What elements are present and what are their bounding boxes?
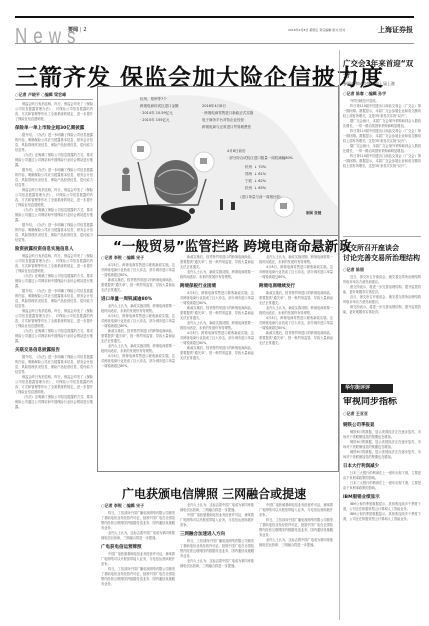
main-article-body: 保监会昨日有消息称，昨日，保监会印发了《保险公司信息披露管理办法》，对保险公司信…: [15, 102, 93, 410]
paragraph: 新政实施后，按货物贸易进口的跨境电商商品，需要提供“通关单”，按一般贸易监管，导…: [101, 278, 175, 293]
byline-rule: [15, 99, 93, 100]
dateline: 2016年4月8日 星期五 责任编辑 版式 校对: [288, 28, 345, 32]
paragraph: 昨日，工信部向中国广播电视网络有限公司颁发了基础电信业务经营许可证，批准中国广电…: [101, 511, 175, 531]
paragraph: 据介绍，《办法》进一步明确了保险公司信息披露的内容，明确保险公司应当披露基本信息…: [15, 223, 93, 243]
commentary-tag: 华尔街评评: [341, 384, 393, 393]
paragraph: 新政实施后，按货物贸易进口的跨境电商商品，需要提供“通关单”，按一般贸易监管，导…: [180, 306, 254, 321]
paragraph: 业内人士认为，新政实施初期，跨境电商需要一段时间适应，未来的发展仍有待观察。: [101, 304, 175, 314]
article-3-body-3: 中国广电获颁基础电信业务经营许可证，意味着广电网络可以开展宽带接入业务，与电信运…: [259, 503, 333, 548]
article-2-col-2: 新政实施后，按货物贸易进口的跨境电商商品，需要提供“通关单”，按一般贸易监管，导…: [180, 255, 254, 465]
commentary-byline: ○记者 王亚亚: [343, 411, 421, 417]
header-bottom-rule: [15, 43, 414, 44]
infographic: 杭州、郑州等7个 跨境电商综试区进口金额 · 2014年 10.59亿元 · 2…: [97, 86, 339, 236]
article-2-col-1: ○记者 李锐 ○编辑 宋子 4月8日，跨境电商零售进口税收新政实施。这对跨境电商…: [101, 255, 175, 465]
commentary-body: 铜铁公司季报显 铜铁6月的数据，显示美国经济正在逐步复苏，市场对于美联储加息的预…: [343, 419, 421, 522]
paragraph: 深交所表示，将进一步完善治理结构，提升监管效能，更好地服务实体经济。: [343, 305, 421, 315]
graphic-note: （进口单量与前一周相比较）: [238, 195, 284, 200]
paragraph: 据介绍，《办法》进一步明确了保险公司信息披露的内容，明确保险公司应当披露基本信息…: [15, 355, 93, 375]
article-3-headline: 广电获颁电信牌照 三网融合或提速: [122, 485, 306, 502]
paragraph: 昨日第119届中国进出口商品交易会（广交会）第一期闭幕。数据显示，本届广交会参展…: [343, 104, 421, 119]
main-article-byline: ○记者 卢晓平 ○编辑 梁宏峰: [15, 92, 93, 98]
paragraph: 《办法》还明确了保险公司信息披露的方式，要求保险公司通过公司网站和中国保险行业协…: [15, 274, 93, 289]
paragraph: 铜铁6月的数据，显示美国经济正在逐步复苏，市场对于美联储加息的预期也在增加。: [343, 450, 421, 460]
header-top-rule: [15, 16, 414, 18]
paragraph: 昨日，工信部向中国广播电视网络有限公司颁发了基础电信业务经营许可证，批准中国广电…: [259, 518, 333, 538]
paragraph: 4月8日，跨境电商零售进口税收新政实施。这对跨境电商行业造成了巨大冲击，部分城市…: [101, 263, 175, 278]
paragraph: 昨日，工信部向中国广播电视网络有限公司颁发了基础电信业务经营许可证，批准中国广电…: [180, 539, 254, 559]
paragraph: 4月8日，跨境电商零售进口税收新政实施。这对跨境电商行业造成了巨大冲击，部分城市…: [259, 265, 333, 280]
subhead: 广电获电信运营牌照: [101, 545, 175, 550]
right-article-1-body: 外贸回暖信号显现。 昨日第119届中国进出口商品交易会（广交会）第一期闭幕。数据…: [343, 99, 421, 231]
paragraph: 《办法》还明确了保险公司信息披露的方式，要求保险公司通过公司网站和中国保险行业协…: [15, 329, 93, 344]
paragraph: 日本三大银行的利润在上一财年出现下滑，主要是由于负利率政策的影响。: [343, 471, 421, 481]
subhead: 险资披露投资信息实施信息人: [15, 247, 93, 252]
paragraph: 中国广电获颁基础电信业务经营许可证，意味着广电网络可以开展宽带接入业务，与电信运…: [101, 552, 175, 567]
paragraph: 新政实施后，按货物贸易进口的跨境电商商品，需要提供“通关单”，按一般贸易监管，导…: [259, 331, 333, 346]
paragraph: 近日，深交所召开座谈会，就完善交易所治理结构听取市场各方意见和建议。: [343, 275, 421, 285]
paragraph: 昨日第119届中国进出口商品交易会（广交会）第一期闭幕。数据显示，本届广交会参展…: [343, 129, 421, 144]
paragraph: 《办法》还明确了保险公司信息披露的方式，要求保险公司通过公司网站和中国保险行业协…: [15, 395, 93, 410]
graphic-lower-sub: · 部分综合试验区进口数量一周较减幅80%: [227, 156, 293, 161]
commentary-article: 审视同步指标 ○记者 王亚亚 铜铁公司季报显 铜铁6月的数据，显示美国经济正在逐…: [343, 397, 421, 620]
subhead: 进口单量一周锐减逾80%: [101, 297, 175, 302]
paragraph: 昨日第119届中国进出口商品交易会（广交会）第一期闭幕。数据显示，本届广交会参展…: [343, 154, 421, 169]
right-article-2-body: 近日，深交所召开座谈会，就完善交易所治理结构听取市场各方意见和建议。 深交所表示…: [343, 275, 421, 355]
graphic-left-line-1: 跨境电商综试区进口金额: [140, 104, 179, 109]
right-article-2-headline: 深交所召开座谈会 讨论完善交易所治理结构: [343, 243, 421, 263]
paragraph: 据介绍，《办法》进一步明确了保险公司信息披露的内容，明确保险公司应当披露基本信息…: [15, 289, 93, 309]
article-3-body-2: 业内人士认为，这标志着中国广电成为第四家基础电信运营商，三网融合将进一步提速。 …: [180, 503, 254, 569]
subhead: 关联交易信息披露报告: [15, 348, 93, 353]
city-name: 郑州: [245, 172, 252, 176]
paragraph: 近日，深交所召开座谈会，就完善交易所治理结构听取市场各方意见和建议。: [343, 295, 421, 305]
city-row: 杭州 ↓ 70%: [245, 165, 266, 170]
paragraph: 铜铁6月的数据，显示美国经济正在逐步复苏，市场对于美联储加息的预期也在增加。: [343, 440, 421, 450]
paragraph: 业内人士认为，新政实施初期，跨境电商需要一段时间适应，未来的发展仍有待观察。: [180, 270, 254, 280]
paragraph: 保监会昨日有消息称，昨日，保监会印发了《保险公司信息披露管理办法》，对保险公司信…: [15, 102, 93, 122]
city-row: 宁波 ↓ 62%: [245, 179, 266, 184]
paragraph: 中国广电获颁基础电信业务经营许可证，意味着广电网络可以开展宽带接入业务，与电信运…: [259, 503, 333, 518]
paragraph: 保监会昨日有消息称，昨日，保监会印发了《保险公司信息披露管理办法》，对保险公司信…: [15, 309, 93, 329]
paragraph: 4月8日，跨境电商零售进口税收新政实施。这对跨境电商行业造成了巨大冲击，部分城市…: [101, 354, 175, 369]
paragraph: 据介绍，《办法》进一步明确了保险公司信息披露的内容，明确保险公司应当披露基本信息…: [15, 168, 93, 188]
paragraph: 《办法》还明确了保险公司信息披露的方式，要求保险公司通过公司网站和中国保险行业协…: [15, 208, 93, 223]
graphic-right-line-2: 跨境电商与正常进口贸易税费差: [202, 125, 251, 130]
graphic-credit: 制图 张键: [306, 211, 321, 216]
paragraph: 《办法》还明确了保险公司信息披露的方式，要求保险公司通过公司网站和中国保险行业协…: [15, 153, 93, 168]
subhead: 日本大行利润减少: [343, 464, 421, 469]
section-label: 要闻 | 2: [68, 26, 87, 33]
paragraph: 业内人士认为，这标志着中国广电成为第四家基础电信运营商，三网融合将进一步提速。: [180, 503, 254, 513]
paragraph: 昨日，工信部向中国广播电视网络有限公司颁发了基础电信业务经营许可证，批准中国广电…: [101, 567, 175, 587]
right-article-1-subheadline: 参展商和成交额较前上届上涨: [343, 81, 421, 87]
city-name: 宁波: [245, 179, 252, 183]
section-divider: |: [80, 27, 82, 33]
paragraph: 4月8日，跨境电商零售进口税收新政实施。这对跨境电商行业造成了巨大冲击，部分城市…: [101, 314, 175, 329]
paragraph: 业内人士认为，新政实施初期，跨境电商需要一段时间适应，未来的发展仍有待观察。: [259, 255, 333, 265]
paragraph: 4月8日，跨境电商零售进口税收新政实施。这对跨境电商行业造成了巨大冲击，部分城市…: [180, 331, 254, 346]
article-2-body-1: 4月8日，跨境电商零售进口税收新政实施。这对跨境电商行业造成了巨大冲击，部分城市…: [101, 263, 175, 369]
paragraph: 保监会昨日有消息称，昨日，保监会印发了《保险公司信息披露管理办法》，对保险公司信…: [15, 188, 93, 208]
article-3-col-1: ○记者 李锐 ○编辑 宋子 昨日，工信部向中国广播电视网络有限公司颁发了基础电信…: [101, 503, 175, 618]
graphic-lower-title: 4月8日前后: [227, 149, 245, 154]
paragraph: 新政实施后，按货物贸易进口的跨境电商商品，需要提供“通关单”，按一般贸易监管，导…: [259, 291, 333, 306]
article-2-col-3: 业内人士认为，新政实施初期，跨境电商需要一段时间适应，未来的发展仍有待观察。 4…: [259, 255, 333, 465]
commentary-headline: 审视同步指标: [343, 397, 421, 408]
subhead: 三网融合加速进入方向: [180, 532, 254, 537]
city-row: 杭州 ↓ 65%: [245, 186, 266, 191]
city-value: ↓ 62%: [254, 179, 266, 183]
article-3-byline: ○记者 李锐 ○编辑 宋子: [101, 503, 175, 509]
right-column-rule: [339, 50, 340, 620]
page-number: 2: [83, 27, 86, 33]
paragraph: 保监会昨日有消息称，昨日，保监会印发了《保险公司信息披露管理办法》，对保险公司信…: [15, 254, 93, 274]
paragraph: 据广交会统计，本届广交会境外采购商到会人数同比增长，一带一路沿线国家采购商明显增…: [343, 144, 421, 154]
right-article-1-byline: ○记者 陈春 ○编辑 孙宇: [343, 91, 421, 97]
article-3-col-3: 中国广电获颁基础电信业务经营许可证，意味着广电网络可以开展宽带接入业务，与电信运…: [259, 503, 333, 618]
paragraph: 业内人士认为，新政实施初期，跨境电商需要一段时间适应，未来的发展仍有待观察。: [101, 344, 175, 354]
paragraph: 铜铁6月的数据，显示美国经济正在逐步复苏，市场对于美联储加息的预期也在增加。: [343, 430, 421, 440]
city-row: 郑州 ↓ 61%: [245, 172, 266, 177]
subhead: 保险单一单上市险企超30亿需披露: [15, 126, 93, 131]
paragraph: 业内人士认为，这标志着中国广电成为第四家基础电信运营商，三网融合将进一步提速。: [101, 531, 175, 541]
city-value: ↓ 70%: [254, 165, 266, 169]
masthead-logo: 上海证券报: [378, 25, 413, 35]
paragraph: 4月8日，跨境电商零售进口税收新政实施。这对跨境电商行业造成了巨大冲击，部分城市…: [259, 316, 333, 331]
paragraph: 日本三大银行的利润在上一财年出现下滑，主要是由于负利率政策的影响。: [343, 481, 421, 491]
paragraph: 中国广电获颁基础电信业务经营许可证，意味着广电网络可以开展宽带接入业务，与电信运…: [180, 513, 254, 528]
article-2-body-3: 业内人士认为，新政实施初期，跨境电商需要一段时间适应，未来的发展仍有待观察。 4…: [259, 255, 333, 346]
section-divider: [343, 236, 421, 237]
paragraph: 据广交会统计，本届广交会境外采购商到会人数同比增长，一带一路沿线国家采购商明显增…: [343, 119, 421, 129]
subhead: 铜铁公司季报显: [343, 423, 421, 428]
graphic-left-line-3: · 2015年 155亿元: [140, 118, 169, 123]
graphic-left-line-2: · 2014年 10.59亿元: [140, 111, 173, 116]
graphic-right-title: 2016年4月8日: [202, 104, 226, 109]
section-name: 要闻: [68, 27, 78, 33]
paragraph: IBM公布的季度数据显示，其营收连续多个季度下滑，公司正在积极转型云计算和人工智…: [343, 512, 421, 522]
article-2-body-2: 新政实施后，按货物贸易进口的跨境电商商品，需要提供“通关单”，按一般贸易监管，导…: [180, 255, 254, 361]
paragraph: 业内人士认为，这标志着中国广电成为第四家基础电信运营商，三网融合将进一步提速。: [180, 559, 254, 569]
subhead: 跨境保税行业困境: [180, 284, 254, 289]
right-article-2-byline: ○记者 陈丽: [343, 267, 421, 273]
article-3-col-2: 业内人士认为，这标志着中国广电成为第四家基础电信运营商，三网融合将进一步提速。 …: [180, 503, 254, 618]
infographic-background: [98, 87, 338, 235]
paragraph: 深交所表示，将进一步完善治理结构，提升监管效能，更好地服务实体经济。: [343, 285, 421, 295]
subhead: IBM服销业绩显示: [343, 495, 421, 500]
city-list: 杭州 ↓ 70% 郑州 ↓ 61% 宁波 ↓ 62% 杭州 ↓ 65%: [245, 165, 266, 191]
paragraph: 据介绍，《办法》进一步明确了保险公司信息披露的内容，明确保险公司应当披露基本信息…: [15, 133, 93, 153]
paragraph: 业内人士认为，这标志着中国广电成为第四家基础电信运营商，三网融合将进一步提速。: [259, 538, 333, 548]
graphic-right-line-0: · 跨境电商零售进口新政正式实施: [202, 111, 253, 116]
paragraph: 新政实施后，按货物贸易进口的跨境电商商品，需要提供“通关单”，按一般贸易监管，导…: [180, 255, 254, 270]
right-article-1-headline: 广交会3年来首迎“双升”: [343, 58, 421, 80]
paragraph: IBM公布的季度数据显示，其营收连续多个季度下滑，公司正在积极转型云计算和人工智…: [343, 502, 421, 512]
city-name: 杭州: [245, 186, 252, 190]
graphic-right-line-1: 电子商务平台对待企业经营: [202, 118, 244, 123]
city-name: 杭州: [245, 165, 252, 169]
city-value: ↓ 61%: [254, 172, 266, 176]
main-article-column: ○记者 卢晓平 ○编辑 梁宏峰 保监会昨日有消息称，昨日，保监会印发了《保险公司…: [15, 92, 93, 612]
paragraph: 业内人士认为，新政实施初期，跨境电商需要一段时间适应，未来的发展仍有待观察。: [259, 306, 333, 316]
paragraph: 保监会昨日有消息称，昨日，保监会印发了《保险公司信息披露管理办法》，对保险公司信…: [15, 375, 93, 395]
paragraph: 新政实施后，按货物贸易进口的跨境电商商品，需要提供“通关单”，按一般贸易监管，导…: [101, 329, 175, 344]
article-2-byline: ○记者 李锐 ○编辑 宋子: [101, 255, 175, 261]
graphic-left-line-0: 杭州、郑州等7个: [140, 97, 167, 102]
paragraph: 新政实施后，按货物贸易进口的跨境电商商品，需要提供“通关单”，按一般贸易监管，导…: [180, 346, 254, 361]
city-value: ↓ 65%: [254, 186, 266, 190]
paragraph: 4月8日，跨境电商零售进口税收新政实施。这对跨境电商行业造成了巨大冲击，部分城市…: [180, 291, 254, 306]
paragraph: 业内人士认为，新政实施初期，跨境电商需要一段时间适应，未来的发展仍有待观察。: [180, 321, 254, 331]
article-3-body-1: 昨日，工信部向中国广播电视网络有限公司颁发了基础电信业务经营许可证，批准中国广电…: [101, 511, 175, 587]
subhead: 跨境电商继续发行: [259, 284, 333, 289]
